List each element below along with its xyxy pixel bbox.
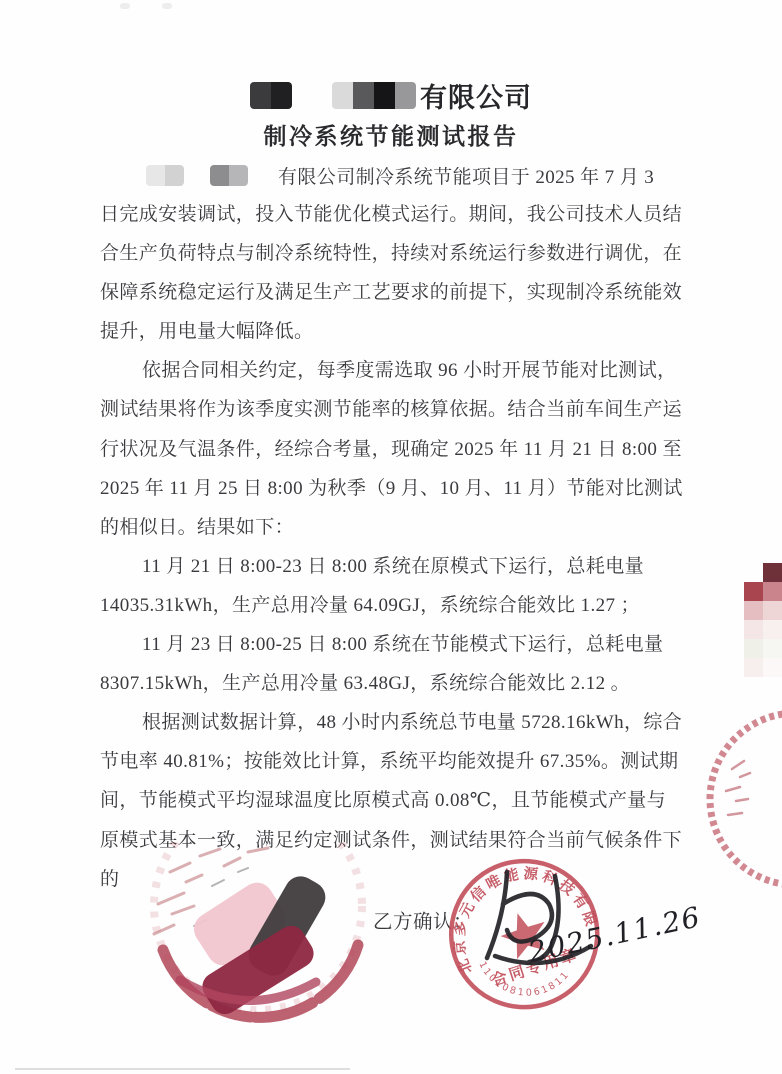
body-line-text: 有限公司制冷系统节能项目于 2025 年 7 月 3 [278,162,654,189]
redaction-block [763,658,782,677]
redaction-mosaic [146,165,184,186]
body-line: 8307.15kWh，生产总用冷量 63.48GJ，系统综合能效比 2.12 。 [100,664,688,703]
redaction-block [763,563,782,582]
scanned-report-page: 有限公司 制冷系统节能测试报告 有限公司制冷系统节能项目于 2025 年 7 月… [0,0,782,1074]
redaction-block [744,620,763,639]
redaction-block [271,82,292,109]
report-title: 制冷系统节能测试报告 [0,118,782,151]
redaction-block [395,82,416,109]
redaction-block [250,82,271,109]
body-line: 根据测试数据计算，48 小时内系统总节电量 5728.16kWh，综合 [100,703,688,742]
redaction-block [229,165,248,186]
body-line: 合生产负荷特点与制冷系统特性，持续对系统运行参数进行调优，在 [100,234,688,273]
redaction-block [146,165,165,186]
body-line: 间，节能模式平均湿球温度比原模式高 0.08℃，且节能模式产量与 [100,781,688,820]
body-line: 2025 年 11 月 25 日 8:00 为秋季（9 月、10 月、11 月）… [100,469,688,508]
redaction-block [763,620,782,639]
redaction-block [744,658,763,677]
redaction-block [744,582,763,601]
redaction-block [332,82,353,109]
redaction-block [763,639,782,658]
redaction-block [374,82,395,109]
body-line: 11 月 23 日 8:00-25 日 8:00 系统在节能模式下运行，总耗电量 [100,625,688,664]
redaction-mosaic [250,82,292,109]
redaction-block [763,582,782,601]
redacted-seal-stamp [128,842,400,1037]
redaction-mosaic [744,563,782,677]
body-line: 提升，用电量大幅降低。 [100,312,688,351]
body-line: 行状况及气温条件，经综合考量，现确定 2025 年 11 月 21 日 8:00… [100,430,688,469]
body-line: 保障系统稳定运行及满足生产工艺要求的前提下，实现制冷系统能效 [100,273,688,312]
body-line: 的相似日。结果如下： [100,508,688,547]
scan-smudge [120,3,130,9]
redaction-block [744,563,763,582]
body-line: 日完成安装调试，投入节能优化模式运行。期间，我公司技术人员结 [100,195,688,234]
redaction-block [763,601,782,620]
seal-graphic [128,842,400,1032]
redaction-block [210,165,229,186]
company-suffix-text: 有限公司 [420,76,532,115]
redaction-mosaic [332,82,416,109]
scan-smudge [162,3,172,9]
body-line: 14035.31kWh，生产总用冷量 64.09GJ，系统综合能效比 1.27 … [100,586,688,625]
body-line: 依据合同相关约定，每季度需选取 96 小时开展节能对比测试， [100,351,688,390]
report-company-title: 有限公司 [0,78,782,112]
redaction-block [353,82,374,109]
redaction-block [165,165,184,186]
scan-edge-line [15,1068,350,1070]
body-line: 节电率 40.81%；按能效比计算，系统平均能效提升 67.35%。测试期 [100,742,688,781]
edge-seal-stamp [700,703,782,903]
body-line: 11 月 21 日 8:00-23 日 8:00 系统在原模式下运行，总耗电量 [100,547,688,586]
seal-graphic [700,703,782,898]
report-body: 日完成安装调试，投入节能优化模式运行。期间，我公司技术人员结合生产负荷特点与制冷… [100,195,688,899]
redaction-mosaic [210,165,248,186]
body-line: 测试结果将作为该季度实测节能率的核算依据。结合当前车间生产运 [100,390,688,429]
redaction-block [744,639,763,658]
redaction-block [744,601,763,620]
body-line: 有限公司制冷系统节能项目于 2025 年 7 月 3 [100,156,685,195]
